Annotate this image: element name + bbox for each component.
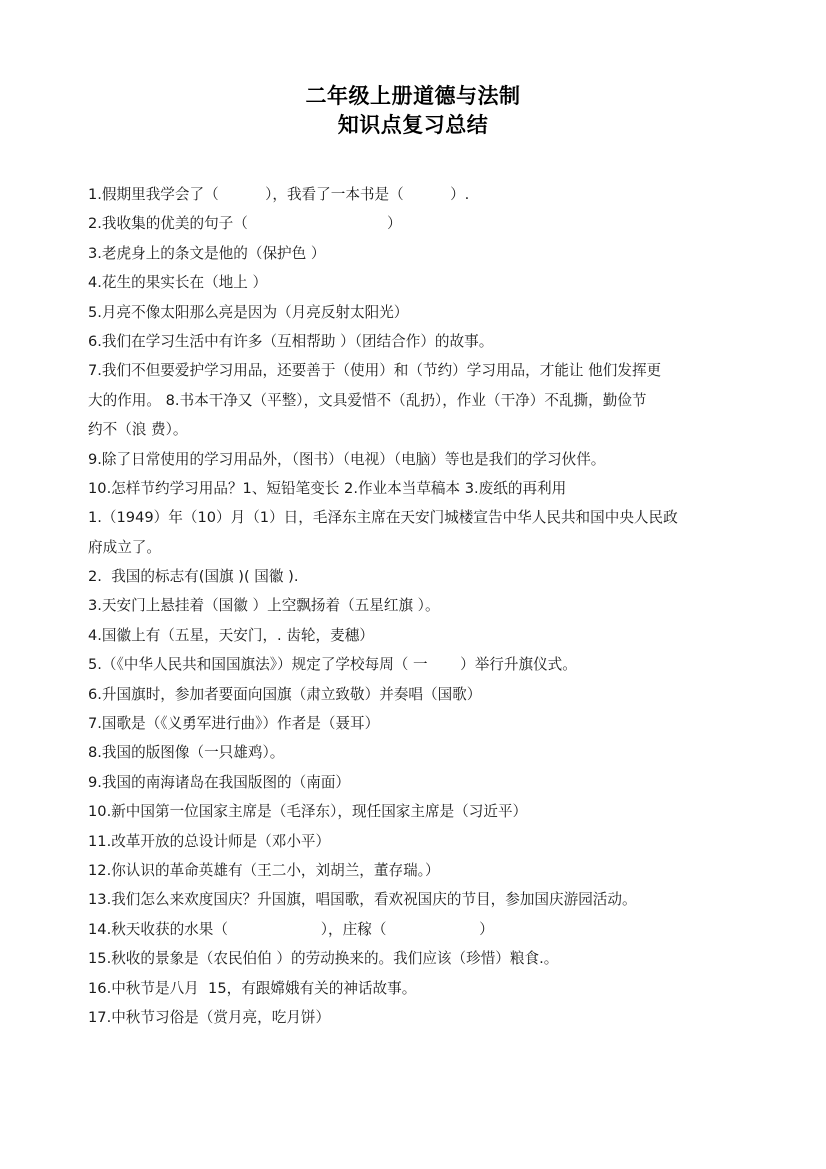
text-line: 大的作用。 8.书本干净又（平整），文具爱惜不（乱扔），作业（干净）不乱撕，勤俭… (88, 386, 728, 415)
text-line: 约不（浪 费）。 (88, 415, 728, 444)
text-line: 16.中秋节是八月 15，有跟嫦娥有关的神话故事。 (88, 974, 728, 1003)
text-line: 3.天安门上悬挂着（国徽 ）上空飘扬着（五星红旗 ）。 (88, 591, 728, 620)
text-line: 3.老虎身上的条文是他的（保护色 ） (88, 239, 728, 268)
text-line: 11.改革开放的总设计师是（邓小平） (88, 827, 728, 856)
text-line: 15.秋收的景象是（农民伯伯 ）的劳动换来的。我们应该（珍惜）粮食.。 (88, 944, 728, 973)
text-line: 1.（1949）年（10）月（1）日，毛泽东主席在天安门城楼宣告中华人民共和国中… (88, 503, 728, 532)
text-line: 4.花生的果实长在（地上 ） (88, 268, 728, 297)
document-page: 二年级上册道德与法制 知识点复习总结 1.假期里我学会了（ ），我看了一本书是（… (0, 0, 826, 1169)
text-line: 12.你认识的革命英雄有（王二小，刘胡兰，董存瑞。） (88, 856, 728, 885)
text-line: 10.新中国第一位国家主席是（毛泽东），现任国家主席是（习近平） (88, 797, 728, 826)
text-line: 10.怎样节约学习用品？1、短铅笔变长 2.作业本当草稿本 3.废纸的再利用 (88, 474, 728, 503)
text-line: 8.我国的版图像（一只雄鸡）。 (88, 738, 728, 767)
title-line-1: 二年级上册道德与法制 (0, 82, 826, 111)
text-line: 13.我们怎么来欢度国庆？升国旗，唱国歌，看欢祝国庆的节目，参加国庆游园活动。 (88, 885, 728, 914)
text-line: 4.国徽上有（五星，天安门，. 齿轮，麦穗） (88, 621, 728, 650)
text-line: 9.除了日常使用的学习用品外，（图书）（电视）（电脑）等也是我们的学习伙伴。 (88, 445, 728, 474)
text-line: 5.月亮不像太阳那么亮是因为（月亮反射太阳光） (88, 298, 728, 327)
text-line: 6.升国旗时，参加者要面向国旗（肃立致敬）并奏唱（国歌） (88, 680, 728, 709)
document-title: 二年级上册道德与法制 知识点复习总结 (0, 82, 826, 140)
text-line: 7.我们不但要爱护学习用品，还要善于（使用）和（节约）学习用品，才能让 他们发挥… (88, 356, 728, 385)
text-line: 2.我收集的优美的句子（ ） (88, 209, 728, 238)
text-line: 6.我们在学习生活中有许多（互相帮助 ）（团结合作）的故事。 (88, 327, 728, 356)
text-line: 5.（《中华人民共和国国旗法》）规定了学校每周（ 一 ）举行升旗仪式。 (88, 650, 728, 679)
text-line: 1.假期里我学会了（ ），我看了一本书是（ ）. (88, 180, 728, 209)
title-line-2: 知识点复习总结 (0, 111, 826, 140)
text-line: 9.我国的南海诸岛在我国版图的（南面） (88, 768, 728, 797)
text-line: 2. 我国的标志有(国旗 )( 国徽 ). (88, 562, 728, 591)
text-line: 府成立了。 (88, 533, 728, 562)
text-line: 7.国歌是（《义勇军进行曲》）作者是（聂耳） (88, 709, 728, 738)
text-line: 17.中秋节习俗是（赏月亮，吃月饼） (88, 1003, 728, 1032)
text-line: 14.秋天收获的水果（ ），庄稼（ ） (88, 915, 728, 944)
document-body: 1.假期里我学会了（ ），我看了一本书是（ ）. 2.我收集的优美的句子（ ） … (88, 180, 728, 1032)
